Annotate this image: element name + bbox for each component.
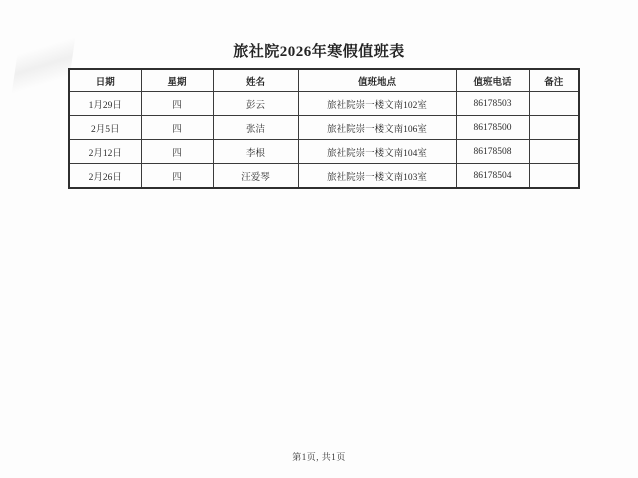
cell-phone: 86178504 — [456, 164, 529, 189]
column-header-date: 日期 — [69, 69, 141, 92]
cell-weekday: 四 — [141, 92, 213, 116]
cell-phone: 86178508 — [456, 140, 529, 164]
cell-date: 1月29日 — [69, 92, 141, 116]
cell-location: 旅社院崇一楼文南104室 — [298, 140, 456, 164]
cell-remarks — [529, 164, 579, 189]
cell-name: 彭云 — [213, 92, 298, 116]
cell-name: 李根 — [213, 140, 298, 164]
cell-remarks — [529, 92, 579, 116]
cell-date: 2月12日 — [69, 140, 141, 164]
column-header-name: 姓名 — [213, 69, 298, 92]
cell-phone: 86178500 — [456, 116, 529, 140]
column-header-phone: 值班电话 — [456, 69, 529, 92]
cell-remarks — [529, 140, 579, 164]
cell-date: 2月26日 — [69, 164, 141, 189]
page-number-footer: 第1页, 共1页 — [0, 450, 638, 463]
cell-date: 2月5日 — [69, 116, 141, 140]
duty-schedule-table: 日期 星期 姓名 值班地点 值班电话 备注 1月29日 四 彭云 旅社院崇一楼文… — [68, 68, 580, 189]
column-header-weekday: 星期 — [141, 69, 213, 92]
scan-smudge-artifact — [11, 25, 76, 107]
table-row: 2月5日 四 张洁 旅社院崇一楼文南106室 86178500 — [69, 116, 579, 140]
cell-location: 旅社院崇一楼文南103室 — [298, 164, 456, 189]
cell-location: 旅社院崇一楼文南106室 — [298, 116, 456, 140]
table-row: 2月12日 四 李根 旅社院崇一楼文南104室 86178508 — [69, 140, 579, 164]
table-row: 2月26日 四 汪爱琴 旅社院崇一楼文南103室 86178504 — [69, 164, 579, 189]
cell-weekday: 四 — [141, 116, 213, 140]
cell-location: 旅社院崇一楼文南102室 — [298, 92, 456, 116]
header-row: 日期 星期 姓名 值班地点 值班电话 备注 — [69, 69, 579, 92]
scanned-document-page: 旅社院2026年寒假值班表 日期 星期 姓名 值班地点 值班电话 备注 1月29… — [0, 0, 638, 478]
cell-name: 汪爱琴 — [213, 164, 298, 189]
cell-phone: 86178503 — [456, 92, 529, 116]
page-title: 旅社院2026年寒假值班表 — [0, 40, 638, 61]
cell-name: 张洁 — [213, 116, 298, 140]
cell-weekday: 四 — [141, 164, 213, 189]
cell-remarks — [529, 116, 579, 140]
column-header-location: 值班地点 — [298, 69, 456, 92]
cell-weekday: 四 — [141, 140, 213, 164]
table-row: 1月29日 四 彭云 旅社院崇一楼文南102室 86178503 — [69, 92, 579, 116]
column-header-remarks: 备注 — [529, 69, 579, 92]
